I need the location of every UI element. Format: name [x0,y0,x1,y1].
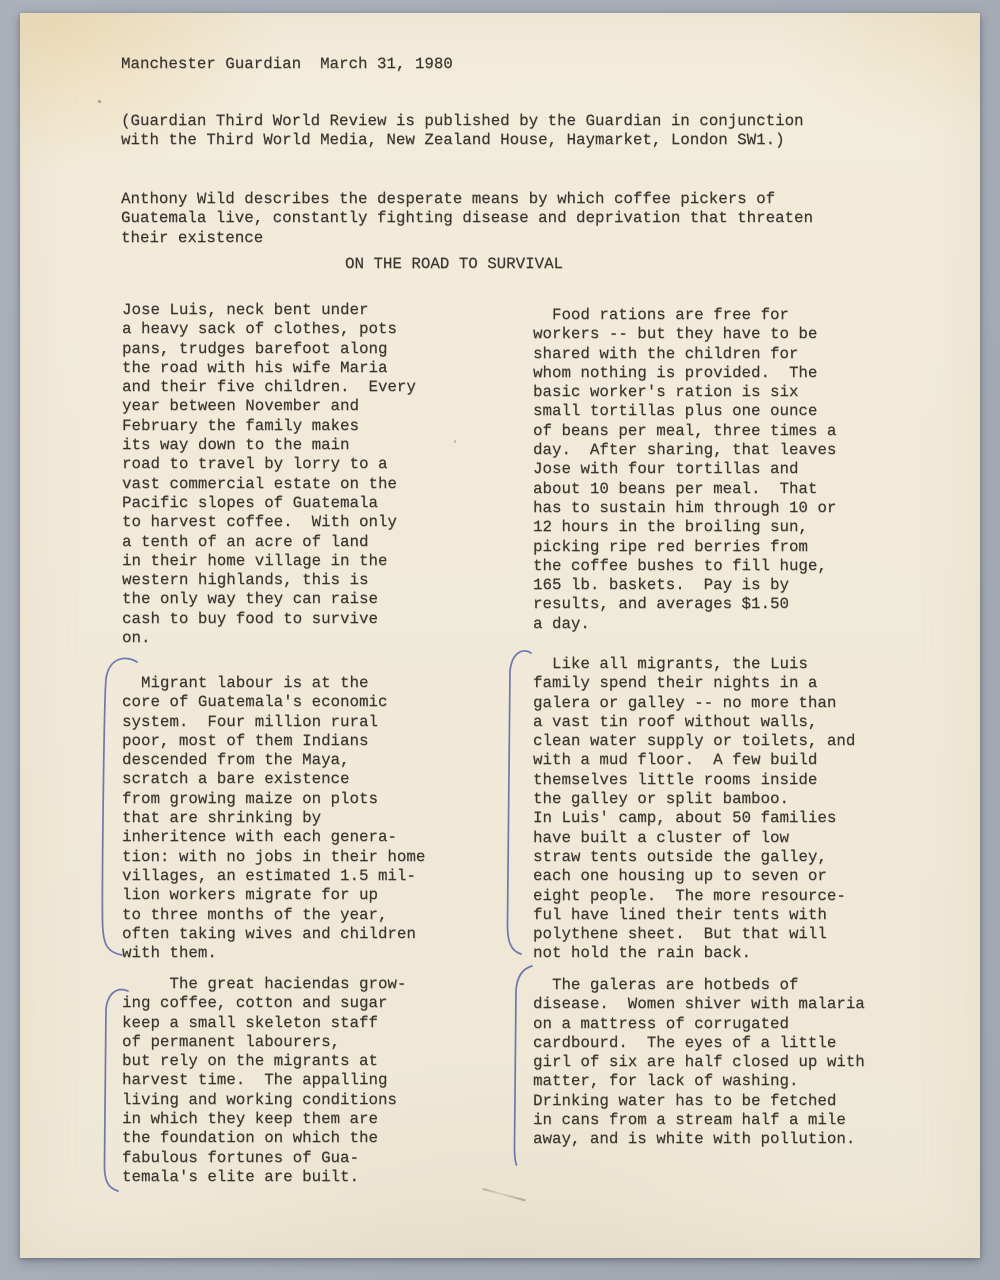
standfirst: Anthony Wild describes the desperate mea… [121,190,813,248]
headline: ON THE ROAD TO SURVIVAL [345,255,563,274]
paper-speck [454,440,456,443]
left-column-paragraph-1: Jose Luis, neck bent under a heavy sack … [122,301,416,648]
left-column-paragraph-2: Migrant labour is at the core of Guatema… [122,674,425,963]
paper-speck [98,100,101,103]
paper-sheet: Manchester Guardian March 31, 1980 (Guar… [20,13,980,1258]
left-column-paragraph-3: The great haciendas grow- ing coffee, co… [122,975,406,1187]
scanned-document-page: Manchester Guardian March 31, 1980 (Guar… [0,0,1000,1280]
right-column-paragraph-2: Like all migrants, the Luis family spend… [533,655,855,964]
masthead: Manchester Guardian March 31, 1980 [121,55,453,74]
right-column-paragraph-3: The galeras are hotbeds of disease. Wome… [533,976,865,1150]
publisher-note: (Guardian Third World Review is publishe… [121,112,804,151]
right-column-paragraph-1: Food rations are free for workers -- but… [533,306,836,634]
